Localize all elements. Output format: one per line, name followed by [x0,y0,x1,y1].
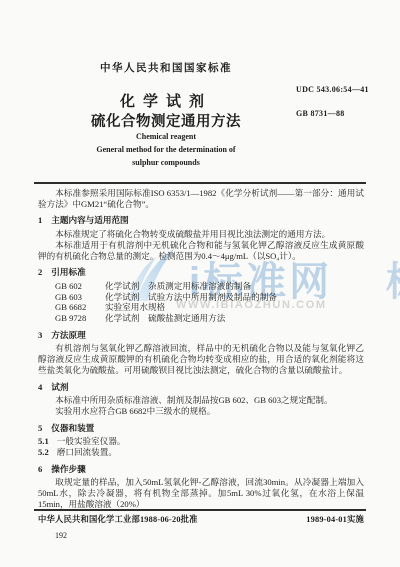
section-number: 1 [38,215,42,226]
standard-name: 化学试剂 试验方法中所用制剂及制品的制备 [105,292,277,302]
standard-name: 实验室用水规格 [105,302,165,312]
document-title-cn-line1: 化学试剂 [36,90,296,111]
section-title: 引用标准 [51,267,85,277]
clause-number: 5.2 [38,447,49,457]
standard-number: GB 8731—88 [296,109,345,118]
standard-document-page: i标准网 标 WWW.IBIAOZHUN.COM 中华人民共和国国家标准 化学试… [0,0,400,567]
section-4-paragraph-2: 实验用水应符合GB 6682中三级水的规格。 [38,406,364,417]
document-title-en: Chemical reagent General method for the … [36,130,296,169]
approval-line: 中华人民共和国化学工业部1988-06-20批准 [38,513,198,525]
section-5-heading: 5仪器和装置 [38,423,364,434]
section-title: 试剂 [51,382,68,392]
section-number: 2 [38,267,42,278]
section-4-paragraph-1: 本标准中所用杂质标准溶液、制剂及制品按GB 602、GB 603之规定配制。 [38,395,364,406]
header-divider [34,182,366,184]
referenced-standard-row: GB 6682实验室用水规格 [55,302,364,313]
title-en-line1: Chemical reagent [36,130,296,143]
standard-name: 化学试剂 硫酸盐测定通用方法 [105,313,225,323]
standard-authority-line: 中华人民共和国国家标准 [36,60,296,75]
implementation-date: 1989-04-01实施 [306,513,364,525]
document-title-cn-line2: 硫化合物测定通用方法 [36,110,296,131]
section-number: 6 [38,464,42,475]
clause-5-1: 5.1一般实验室仪器。 [38,436,364,447]
document-body: 本标准参照采用国际标准ISO 6353/1—1982《化学分析试剂——第一部分：… [38,188,364,510]
referenced-standard-row: GB 9728化学试剂 硫酸盐测定通用方法 [55,313,364,324]
standard-code: GB 602 [55,281,99,292]
section-1-heading: 1主题内容与适用范围 [38,215,364,226]
section-1-paragraph-1: 本标准规定了将硫化合物转变成硫酸盐并用目视比浊法测定的通用方法。 [38,229,364,240]
section-6-paragraph-1: 取规定量的样品，加入50mL氢氧化钾-乙醇溶液，回流30min。从冷凝器上端加入… [38,477,364,509]
clause-text: 磨口回流装置。 [57,447,117,457]
section-3-paragraph-1: 有机溶剂与氢氧化钾乙醇溶液回流，样品中的无机硫化合物以及能与氢氧化钾乙醇溶液反应… [38,343,364,375]
clause-text: 一般实验室仪器。 [57,436,126,446]
section-title: 仪器和装置 [51,423,94,433]
page-number: 192 [55,531,67,540]
section-6-heading: 6操作步骤 [38,464,364,475]
clause-number: 5.1 [38,436,49,446]
section-title: 主题内容与适用范围 [51,215,128,225]
referenced-standard-row: GB 602化学试剂 杂质测定用标准溶液的制备 [55,281,364,292]
standard-name: 化学试剂 杂质测定用标准溶液的制备 [105,281,251,291]
section-1-paragraph-2: 本标准适用于有机溶剂中无机硫化合物和能与氢氧化钾乙醇溶液反应生成黄原酸钾的有机硫… [38,240,364,261]
referenced-standard-row: GB 603化学试剂 试验方法中所用制剂及制品的制备 [55,292,364,303]
watermark-partial-glyph: 标 [386,250,400,307]
title-en-line2: General method for the determination of [36,143,296,156]
section-2-heading: 2引用标准 [38,267,364,278]
standard-code: GB 9728 [55,313,99,324]
section-title: 方法原理 [51,330,85,340]
standard-code: GB 603 [55,292,99,303]
udc-number: UDC 543.06:54—41 [296,85,369,94]
section-4-heading: 4试剂 [38,382,364,393]
section-3-heading: 3方法原理 [38,330,364,341]
footer-divider [34,509,366,511]
standard-code: GB 6682 [55,302,99,313]
section-title: 操作步骤 [51,464,85,474]
section-number: 5 [38,423,42,434]
intro-paragraph: 本标准参照采用国际标准ISO 6353/1—1982《化学分析试剂——第一部分：… [38,188,364,209]
referenced-standards-list: GB 602化学试剂 杂质测定用标准溶液的制备 GB 603化学试剂 试验方法中… [55,281,364,324]
section-number: 4 [38,382,42,393]
section-number: 3 [38,330,42,341]
title-en-line3: sulphur compounds [36,156,296,169]
clause-5-2: 5.2磨口回流装置。 [38,447,364,458]
